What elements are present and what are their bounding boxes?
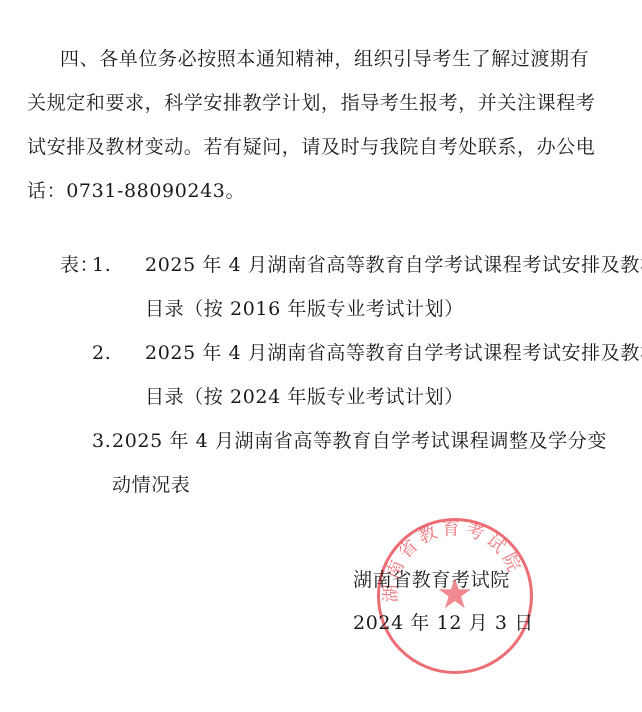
attachment-title-continued: 目录（按 2024 年版专业考试计划） (145, 385, 464, 409)
issue-date: 2024 年 12 月 3 日 (353, 611, 534, 635)
attachment-title-continued: 目录（按 2016 年版专业考试计划） (145, 297, 464, 321)
paragraph-line: 关规定和要求，科学安排教学计划，指导考生报考，并关注课程考 (27, 91, 595, 115)
paragraph-line: 话：0731-88090243。 (27, 179, 245, 203)
attachment-number: 3. (92, 429, 111, 453)
paragraph-line: 四、各单位务必按照本通知精神，组织引导考生了解过渡期有 (60, 47, 589, 71)
paragraph-line: 试安排及教材变动。若有疑问，请及时与我院自考处联系，办公电 (27, 135, 595, 159)
issuing-organization: 湖南省教育考试院 (353, 568, 510, 592)
attachment-number: 1. (92, 253, 111, 277)
attachment-title-continued: 动情况表 (112, 473, 190, 497)
attachment-title: 2025 年 4 月湖南省高等教育自学考试课程调整及学分变 (112, 429, 607, 453)
attachment-title: 2025 年 4 月湖南省高等教育自学考试课程考试安排及教材 (145, 253, 642, 277)
attachment-number: 2. (92, 341, 111, 365)
official-seal: 湖南省教育考试院 ★ (377, 518, 533, 674)
attachment-title: 2025 年 4 月湖南省高等教育自学考试课程考试安排及教材 (145, 341, 642, 365)
